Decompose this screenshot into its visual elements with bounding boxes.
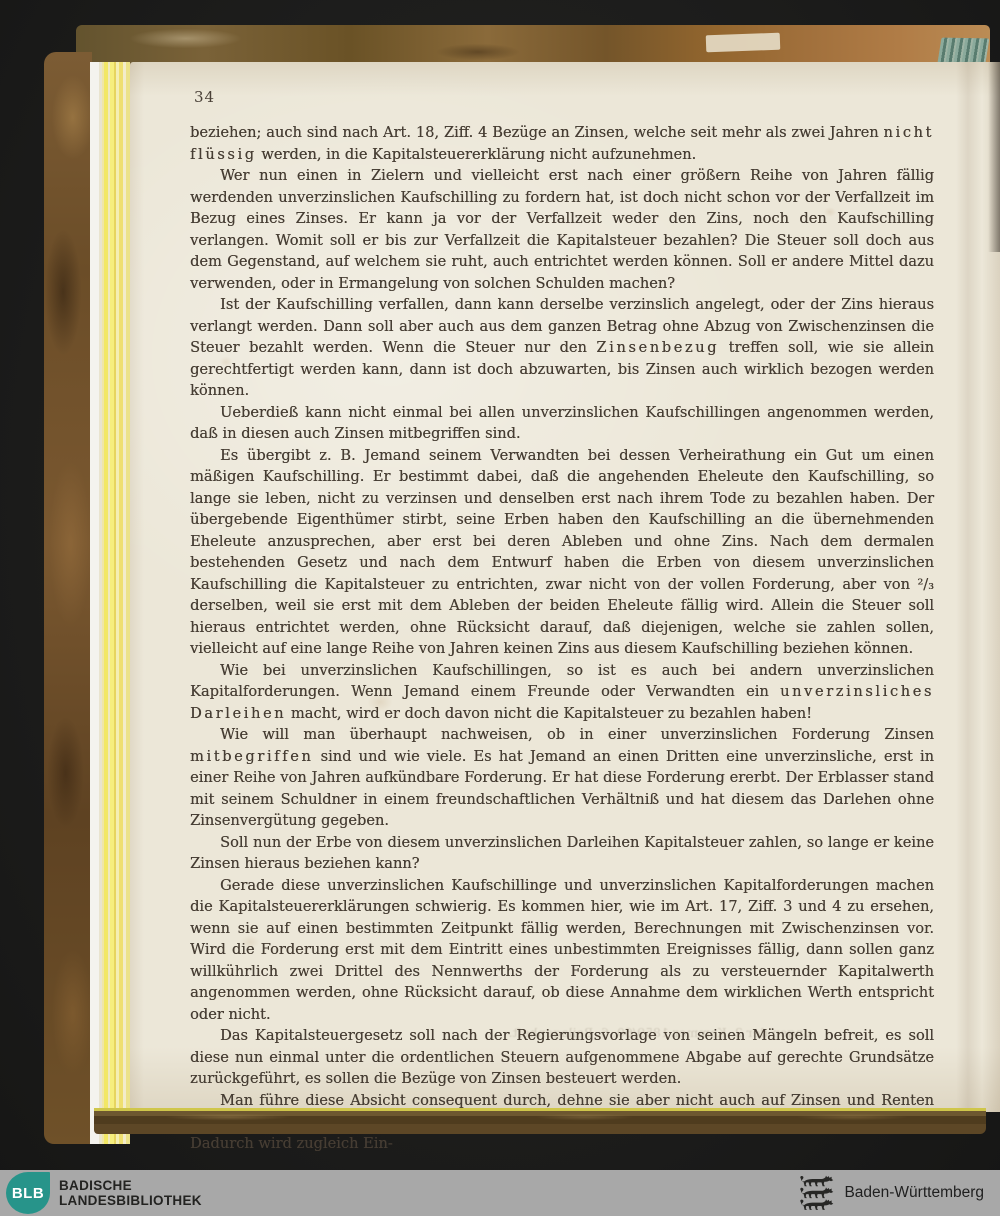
paragraph: Es übergibt z. B. Jemand seinem Verwandt… bbox=[190, 445, 934, 660]
bw-lions-icon bbox=[799, 1172, 835, 1214]
page-edge-stack bbox=[90, 62, 130, 1144]
page-text: beziehen; auch sind nach Art. 18, Ziff. … bbox=[190, 122, 934, 1154]
paragraph: Wer nun einen in Zielern und vielleicht … bbox=[190, 165, 934, 294]
paragraph: Wie will man überhaupt nachweisen, ob in… bbox=[190, 724, 934, 832]
paragraph: beziehen; auch sind nach Art. 18, Ziff. … bbox=[190, 122, 934, 165]
page-bottom-edge bbox=[94, 1108, 986, 1134]
library-name: BADISCHE LANDESBIBLIOTHEK bbox=[59, 1178, 202, 1208]
state-name: Baden-Württemberg bbox=[844, 1184, 984, 1202]
paragraph: Ueberdieß kann nicht einmal bei allen un… bbox=[190, 402, 934, 445]
scan-footer-bar: BLB BADISCHE LANDESBIBLIOTHEK Baden-Würt… bbox=[0, 1170, 1000, 1216]
blb-logo: BLB bbox=[6, 1172, 50, 1214]
page-number: 34 bbox=[194, 88, 215, 106]
photo-stage: 34 beziehen; auch sind nach Art. 18, Zif… bbox=[0, 0, 1000, 1216]
tape-patch bbox=[706, 33, 781, 53]
scanned-page: 34 beziehen; auch sind nach Art. 18, Zif… bbox=[130, 62, 1000, 1112]
library-name-line1: BADISCHE bbox=[59, 1178, 202, 1193]
paragraph: Soll nun der Erbe von diesem unverzinsli… bbox=[190, 832, 934, 875]
state-wordmark: Baden-Württemberg bbox=[799, 1172, 1000, 1214]
page-gap-shadow bbox=[988, 62, 1000, 252]
paragraph: Wie bei unverzinslichen Kaufschillingen,… bbox=[190, 660, 934, 725]
bleedthrough-text: ungen der 2. Kammer 1859/60. 6. Beilagen… bbox=[455, 1025, 865, 1040]
paragraph: Gerade diese unverzinslichen Kaufschilli… bbox=[190, 875, 934, 1026]
library-name-line2: LANDESBIBLIOTHEK bbox=[59, 1193, 202, 1208]
book-spine bbox=[44, 52, 92, 1144]
paragraph: Ist der Kaufschilling verfallen, dann ka… bbox=[190, 294, 934, 402]
